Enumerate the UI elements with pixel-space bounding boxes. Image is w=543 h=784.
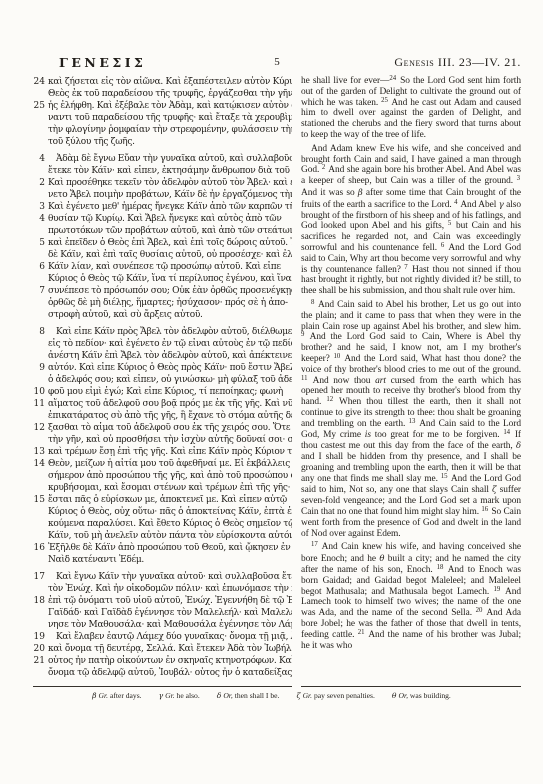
verse-number — [33, 124, 48, 136]
footnote-text: then shall I be. — [235, 691, 280, 700]
verse-number — [33, 470, 48, 482]
greek-line: ναντι τοῦ παραδείσου τῆς τρυφῆς· καὶ ἔτα… — [33, 112, 292, 124]
greek-line: νησε τὸν Μαθουσάλα· καὶ Μαθουσάλα ἐγέννη… — [33, 619, 292, 631]
greek-line: τὸν Ἐνώχ. Καὶ ἦν οἰκοδομῶν πόλιν· καὶ ἐπ… — [33, 583, 292, 595]
verse-number: 10 — [33, 386, 48, 398]
greek-line-text: Θεὸν, μείζων ἡ αἰτία μου τοῦ ἀφεθῆναί με… — [48, 458, 292, 470]
verse-number — [33, 350, 48, 362]
footnote-item: γGr. he also. — [159, 691, 200, 700]
greek-line-text: Καὶ εἶπε Κάϊν πρὸς Ἄβελ τὸν ἀδελφὸν αὐτο… — [48, 326, 292, 338]
greek-line-text: Ἐξῆλθε δὲ Κάϊν ἀπὸ προσώπου τοῦ Θεοῦ, κα… — [48, 542, 292, 554]
verse-number — [33, 434, 48, 446]
footnote-marker: β — [358, 187, 363, 197]
greek-line-text: κρυβήσομαι, καὶ ἔσομαι στένων καὶ τρέμων… — [48, 482, 292, 494]
page-number: 5 — [274, 56, 280, 68]
verse-number-superscript: 15 — [441, 473, 449, 480]
greek-line: 15 ἔσται πᾶς ὁ εὑρίσκων με, ἀποκτενεῖ με… — [33, 494, 292, 506]
greek-line: ἐπικατάρατος σὺ ἀπὸ τῆς γῆς, ἣ ἔχανε τὸ … — [33, 410, 292, 422]
greek-line: 4 Ἀδὰμ δὲ ἔγνω Εὔαν τὴν γυναῖκα αὐτοῦ, κ… — [33, 153, 292, 165]
verse-number-superscript: 7 — [404, 264, 408, 271]
verse-number: 20 — [33, 643, 48, 655]
greek-line: δὲ Κάϊν, καὶ ἐπὶ ταῖς θυσίαις αὐτοῦ, οὐ … — [33, 249, 292, 261]
verse-number — [33, 482, 48, 494]
verse-number — [33, 112, 48, 124]
english-column: he shall live for ever—24 So the Lord Go… — [301, 76, 521, 679]
greek-line: εἰς τὸ πεδίον· καὶ ἐγένετο ἐν τῷ εἶναι α… — [33, 338, 292, 350]
footnote-rule-right — [301, 686, 521, 687]
footnote-item: δOr, then shall I be. — [217, 691, 280, 700]
running-head-greek: ΓΕΝΕΣΙΣ — [59, 55, 146, 70]
greek-line-text: Καὶ ἐγένετο μεθ' ἡμέρας ἤνεγκε Κάϊν ἀπὸ … — [48, 201, 292, 213]
greek-line-text: Θεὸς ἐκ τοῦ παραδείσου τῆς τρυφῆς, ἐργάζ… — [48, 88, 292, 100]
footnote-symbol: ζ — [296, 691, 300, 700]
footnote-marker: ζ — [492, 484, 497, 494]
greek-line: 11 αἵματος τοῦ ἀδελφοῦ σου βοᾷ πρός με ἐ… — [33, 398, 292, 410]
verse-number — [33, 619, 48, 631]
verse-number — [33, 273, 48, 285]
verse-number-superscript: 9 — [301, 331, 305, 338]
greek-line-text: Κάϊν λίαν, καὶ συνέπεσε τῷ προσώπῳ αὐτοῦ… — [48, 261, 292, 273]
verse-number: 4 — [33, 153, 48, 165]
verse-number-superscript: 5 — [448, 220, 452, 227]
footnote-symbol: β — [92, 691, 96, 700]
greek-line-text: δὲ Κάϊν, καὶ ἐπὶ ταῖς θυσίαις αὐτοῦ, οὐ … — [48, 249, 292, 261]
greek-line: ἀνέστη Κάϊν ἐπὶ Ἄβελ τὸν ἀδελφὸν αὐτοῦ, … — [33, 350, 292, 362]
verse-number — [33, 88, 48, 100]
book-page: ΓΕΝΕΣΙΣ 5 Genesis III. 23—IV. 21. 24 καὶ… — [0, 0, 543, 784]
greek-line-text: ἀνέστη Κάϊν ἐπὶ Ἄβελ τὸν ἀδελφὸν αὐτοῦ, … — [48, 350, 292, 362]
verse-number-superscript: 25 — [381, 97, 389, 104]
greek-line: 2 Καὶ προσέθηκε τεκεῖν τὸν ἀδελφὸν αὐτοῦ… — [33, 177, 292, 189]
footnote-source: Gr. — [165, 691, 175, 700]
greek-line: 18 ἐπὶ τῷ ὀνόματι τοῦ υἱοῦ αὐτοῦ, Ἐνώχ. … — [33, 595, 292, 607]
verse-number-superscript: 14 — [503, 429, 511, 436]
verse-number-superscript: 2 — [322, 164, 326, 171]
greek-line-text: τὸν Ἐνώχ. Καὶ ἦν οἰκοδομῶν πόλιν· καὶ ἐπ… — [48, 583, 292, 595]
greek-line: ὀρθῶς δὲ μὴ διέλῃς, ἥμαρτες; ἡσύχασον· π… — [33, 297, 292, 309]
verse-number — [33, 410, 48, 422]
greek-line-text: τὴν φλογίνην ῥομφαίαν τὴν στρεφομένην, φ… — [48, 124, 292, 136]
footnote-source: Or, — [399, 691, 409, 700]
verse-number: 19 — [33, 631, 48, 643]
footnote-source: Gr. — [303, 691, 313, 700]
greek-column: 24 καὶ ζήσεται εἰς τὸν αἰῶνα. Καὶ ἐξαπέσ… — [33, 76, 292, 679]
verse-number: 17 — [33, 571, 48, 583]
verse-number-superscript: 24 — [389, 75, 397, 82]
greek-line-text: ναντι τοῦ παραδείσου τῆς τρυφῆς· καὶ ἔτα… — [48, 112, 292, 124]
greek-line: Ναὶδ κατέναντι Ἐδέμ. — [33, 554, 292, 566]
verse-number — [33, 607, 48, 619]
greek-line-text: ὀρθῶς δὲ μὴ διέλῃς, ἥμαρτες; ἡσύχασον· π… — [48, 297, 292, 309]
verse-number: 12 — [33, 422, 48, 434]
verse-number-superscript: 20 — [476, 607, 484, 614]
greek-line: Γαϊδάδ· καὶ Γαϊδὰδ ἐγέννησε τὸν Μαλελεήλ… — [33, 607, 292, 619]
greek-line-text: Ναὶδ κατέναντι Ἐδέμ. — [48, 554, 292, 566]
footnote-text: was building. — [410, 691, 451, 700]
greek-line: 6 Κάϊν λίαν, καὶ συνέπεσε τῷ προσώπῳ αὐτ… — [33, 261, 292, 273]
footnote-marker: δ — [516, 440, 521, 450]
verse-number — [33, 530, 48, 542]
verse-number — [33, 374, 48, 386]
verse-number: 4 — [33, 213, 48, 225]
greek-line: 9 αὐτόν. Καὶ εἶπε Κύριος ὁ Θεὸς πρὸς Κάϊ… — [33, 362, 292, 374]
verse-number — [33, 297, 48, 309]
verse-number: 3 — [33, 201, 48, 213]
greek-line-text: θυσίαν τῷ Κυρίῳ. Καὶ Ἄβελ ἤνεγκε καὶ αὐτ… — [48, 213, 292, 225]
footnote-rule-left — [33, 686, 292, 687]
greek-line-text: καὶ ὄνομα τῇ δευτέρᾳ, Σελλά. Καὶ ἔτεκεν … — [48, 643, 292, 655]
verse-number: 8 — [33, 326, 48, 338]
verse-number: 16 — [33, 542, 48, 554]
greek-line: 24 καὶ ζήσεται εἰς τὸν αἰῶνα. Καὶ ἐξαπέσ… — [33, 76, 292, 88]
english-paragraph: 8 And Cain said to Abel his brother, Let… — [301, 300, 521, 540]
verse-number-superscript: 21 — [358, 629, 366, 636]
verse-number-superscript: 4 — [454, 199, 458, 206]
greek-line: 7 συνέπεσε τὸ πρόσωπόν σου; Οὐκ ἐὰν ὀρθῶ… — [33, 285, 292, 297]
verse-number — [33, 309, 48, 321]
verse-number: 18 — [33, 595, 48, 607]
greek-line-text: νετο Ἄβελ ποιμὴν προβάτων, Κάϊν δὲ ἦν ἐρ… — [48, 189, 292, 201]
verse-number — [33, 165, 48, 177]
greek-line-text: ἧς ἐλήφθη. Καὶ ἐξέβαλε τὸν Ἀδὰμ, καὶ κατ… — [48, 100, 292, 112]
verse-number — [33, 338, 48, 350]
verse-number: 5 — [33, 237, 48, 249]
english-paragraph: And Adam knew Eve his wife, and she conc… — [301, 144, 521, 297]
greek-line-text: τὴν γῆν, καὶ οὐ προσθήσει τὴν ἰσχὺν αὐτῆ… — [48, 434, 292, 446]
footnote-item: βGr. after days. — [92, 691, 141, 700]
greek-line-text: ἔτεκε τὸν Κάϊν· καὶ εἶπεν, ἐκτησάμην ἄνθ… — [48, 165, 292, 177]
greek-line: 16 Ἐξῆλθε δὲ Κάϊν ἀπὸ προσώπου τοῦ Θεοῦ,… — [33, 542, 292, 554]
verse-number: 13 — [33, 446, 48, 458]
greek-line-text: στροφὴ αὐτοῦ, καὶ σὺ ἄρξεις αὐτοῦ. — [48, 309, 292, 321]
footnote-marker: θ — [379, 553, 384, 563]
greek-line: ὁ ἀδελφός σου; καὶ εἶπεν, οὐ γινώσκω· μὴ… — [33, 374, 292, 386]
footnote-source: Gr. — [99, 691, 109, 700]
greek-line-text: πρωτοτόκων τῶν προβάτων αὐτοῦ, καὶ ἀπὸ τ… — [48, 225, 292, 237]
greek-line-text: ἐπὶ τῷ ὀνόματι τοῦ υἱοῦ αὐτοῦ, Ἐνώχ. Ἐγε… — [48, 595, 292, 607]
verse-number — [33, 249, 48, 261]
greek-line-text: νησε τὸν Μαθουσάλα· καὶ Μαθουσάλα ἐγέννη… — [48, 619, 292, 631]
greek-line-text: σήμερον ἀπὸ προσώπου τῆς γῆς, καὶ ἀπὸ το… — [48, 470, 292, 482]
verse-number-superscript: 19 — [493, 586, 501, 593]
verse-number-superscript: 12 — [326, 396, 334, 403]
greek-line-text: Ἀδὰμ δὲ ἔγνω Εὔαν τὴν γυναῖκα αὐτοῦ, καὶ… — [48, 153, 292, 165]
greek-line: τὴν φλογίνην ῥομφαίαν τὴν στρεφομένην, φ… — [33, 124, 292, 136]
greek-line-text: οὗτος ἦν πατὴρ οἰκούντων ἐν σκηναῖς κτην… — [48, 655, 292, 667]
greek-line: Κύριος ὁ Θεὸς τῷ Κάϊν, ἵνα τί περίλυπος … — [33, 273, 292, 285]
greek-line-text: καὶ ζήσεται εἰς τὸν αἰῶνα. Καὶ ἐξαπέστει… — [48, 76, 292, 88]
greek-line: 14 Θεὸν, μείζων ἡ αἰτία μου τοῦ ἀφεθῆναί… — [33, 458, 292, 470]
greek-line-text: συνέπεσε τὸ πρόσωπόν σου; Οὐκ ἐὰν ὀρθῶς … — [48, 285, 292, 297]
greek-line: 10 φοῦ μου εἰμὶ ἐγώ; Καὶ εἶπε Κύριος, τί… — [33, 386, 292, 398]
greek-line-text: Καὶ ἔγνω Κάϊν τὴν γυναῖκα αὐτοῦ· καὶ συλ… — [48, 571, 292, 583]
greek-line-text: Καὶ προσέθηκε τεκεῖν τὸν ἀδελφὸν αὐτοῦ τ… — [48, 177, 292, 189]
verse-number — [33, 225, 48, 237]
greek-line-text: Γαϊδάδ· καὶ Γαϊδὰδ ἐγέννησε τὸν Μαλελεήλ… — [48, 607, 292, 619]
greek-line: 25 ἧς ἐλήφθη. Καὶ ἐξέβαλε τὸν Ἀδὰμ, καὶ … — [33, 100, 292, 112]
greek-line: 4 θυσίαν τῷ Κυρίῳ. Καὶ Ἄβελ ἤνεγκε καὶ α… — [33, 213, 292, 225]
verse-number: 2 — [33, 177, 48, 189]
greek-line: κούμενα παραλύσει. Καὶ ἔθετο Κύριος ὁ Θε… — [33, 518, 292, 530]
verse-number-superscript: 18 — [437, 564, 445, 571]
footnote-symbol: θ — [392, 691, 397, 700]
greek-line-text: ὁ ἀδελφός σου; καὶ εἶπεν, οὐ γινώσκω· μὴ… — [48, 374, 292, 386]
verse-number-superscript: 13 — [409, 418, 417, 425]
english-paragraph: he shall live for ever—24 So the Lord Go… — [301, 76, 521, 141]
page-header: ΓΕΝΕΣΙΣ 5 Genesis III. 23—IV. 21. — [33, 55, 521, 71]
footnote-symbol: δ — [217, 691, 222, 700]
greek-line: πρωτοτόκων τῶν προβάτων αὐτοῦ, καὶ ἀπὸ τ… — [33, 225, 292, 237]
greek-line-text: Κύριος ὁ Θεὸς, οὐχ οὕτω· πᾶς ὁ ἀποκτείνα… — [48, 506, 292, 518]
greek-line: στροφὴ αὐτοῦ, καὶ σὺ ἄρξεις αὐτοῦ. — [33, 309, 292, 321]
greek-line: νετο Ἄβελ ποιμὴν προβάτων, Κάϊν δὲ ἦν ἐρ… — [33, 189, 292, 201]
greek-line: 8 Καὶ εἶπε Κάϊν πρὸς Ἄβελ τὸν ἀδελφὸν αὐ… — [33, 326, 292, 338]
greek-line-text: φοῦ μου εἰμὶ ἐγώ; Καὶ εἶπε Κύριος, τί πε… — [48, 386, 292, 398]
greek-line-text: αἵματος τοῦ ἀδελφοῦ σου βοᾷ πρός με ἐκ τ… — [48, 398, 292, 410]
greek-line-text: ξασθαι τὸ αἷμα τοῦ ἀδελφοῦ σου ἐκ τῆς χε… — [48, 422, 292, 434]
verse-number — [33, 189, 48, 201]
verse-number: 7 — [33, 285, 48, 297]
greek-line: 5 καὶ ἐπεῖδεν ὁ Θεὸς ἐπὶ Ἄβελ, καὶ ἐπὶ τ… — [33, 237, 292, 249]
greek-line: 19 Καὶ ἔλαβεν ἑαυτῷ Λάμεχ δύο γυναῖκας· … — [33, 631, 292, 643]
verse-number: 11 — [33, 398, 48, 410]
english-paragraph: 17 And Cain knew his wife, and having co… — [301, 542, 521, 651]
greek-line-text: εἰς τὸ πεδίον· καὶ ἐγένετο ἐν τῷ εἶναι α… — [48, 338, 292, 350]
greek-line-text: καὶ τρέμων ἔσῃ ἐπὶ τῆς γῆς. Καὶ εἶπε Κάϊ… — [48, 446, 292, 458]
greek-line: 20 καὶ ὄνομα τῇ δευτέρᾳ, Σελλά. Καὶ ἔτεκ… — [33, 643, 292, 655]
verse-number: 14 — [33, 458, 48, 470]
greek-line: 13 καὶ τρέμων ἔσῃ ἐπὶ τῆς γῆς. Καὶ εἶπε … — [33, 446, 292, 458]
greek-line-text: Καὶ ἔλαβεν ἑαυτῷ Λάμεχ δύο γυναῖκας· ὄνο… — [48, 631, 292, 643]
verse-number-superscript: 6 — [441, 242, 445, 249]
footnote-source: Or, — [223, 691, 233, 700]
footnote-item: ζGr. pay seven penalties. — [296, 691, 374, 700]
greek-line: σήμερον ἀπὸ προσώπου τῆς γῆς, καὶ ἀπὸ το… — [33, 470, 292, 482]
verse-number — [33, 506, 48, 518]
verse-number — [33, 554, 48, 566]
greek-line-text: Κύριος ὁ Θεὸς τῷ Κάϊν, ἵνα τί περίλυπος … — [48, 273, 292, 285]
greek-line: τοῦ ξύλου τῆς ζωῆς. — [33, 136, 292, 148]
footnotes-row: βGr. after days.γGr. he also.δOr, then s… — [0, 691, 543, 700]
greek-line: κρυβήσομαι, καὶ ἔσομαι στένων καὶ τρέμων… — [33, 482, 292, 494]
verse-number: 9 — [33, 362, 48, 374]
verse-number-superscript: 16 — [481, 506, 489, 513]
greek-line: ἔτεκε τὸν Κάϊν· καὶ εἶπεν, ἐκτησάμην ἄνθ… — [33, 165, 292, 177]
verse-number: 6 — [33, 261, 48, 273]
verse-number-superscript: 8 — [311, 299, 315, 306]
greek-line-text: ἔσται πᾶς ὁ εὑρίσκων με, ἀποκτενεῖ με. Κ… — [48, 494, 292, 506]
greek-line: 12 ξασθαι τὸ αἷμα τοῦ ἀδελφοῦ σου ἐκ τῆς… — [33, 422, 292, 434]
verse-number-superscript: 10 — [333, 353, 341, 360]
verse-number — [33, 667, 48, 679]
footnote-text: he also. — [177, 691, 200, 700]
footnote-text: pay seven penalties. — [314, 691, 375, 700]
greek-line-text: αὐτόν. Καὶ εἶπε Κύριος ὁ Θεὸς πρὸς Κάϊν·… — [48, 362, 292, 374]
greek-line: 3 Καὶ ἐγένετο μεθ' ἡμέρας ἤνεγκε Κάϊν ἀπ… — [33, 201, 292, 213]
greek-line: ὄνομα τῷ ἀδελφῷ αὐτοῦ, Ἰουβάλ· οὗτος ἦν … — [33, 667, 292, 679]
verse-number-superscript: 3 — [517, 175, 521, 182]
greek-line-text: ἐπικατάρατος σὺ ἀπὸ τῆς γῆς, ἣ ἔχανε τὸ … — [48, 410, 292, 422]
verse-number: 25 — [33, 100, 48, 112]
verse-number — [33, 583, 48, 595]
running-head-english: Genesis III. 23—IV. 21. — [394, 55, 521, 70]
greek-line-text: κούμενα παραλύσει. Καὶ ἔθετο Κύριος ὁ Θε… — [48, 518, 292, 530]
greek-line-text: Κάϊν, τοῦ μὴ ἀνελεῖν αὐτὸν πάντα τὸν εὑρ… — [48, 530, 292, 542]
greek-line: Κάϊν, τοῦ μὴ ἀνελεῖν αὐτὸν πάντα τὸν εὑρ… — [33, 530, 292, 542]
greek-line-text: τοῦ ξύλου τῆς ζωῆς. — [48, 136, 292, 148]
text-columns: 24 καὶ ζήσεται εἰς τὸν αἰῶνα. Καὶ ἐξαπέσ… — [33, 76, 521, 679]
greek-line: τὴν γῆν, καὶ οὐ προσθήσει τὴν ἰσχὺν αὐτῆ… — [33, 434, 292, 446]
greek-line: Κύριος ὁ Θεὸς, οὐχ οὕτω· πᾶς ὁ ἀποκτείνα… — [33, 506, 292, 518]
verse-number-superscript: 17 — [311, 541, 319, 548]
greek-line-text: καὶ ἐπεῖδεν ὁ Θεὸς ἐπὶ Ἄβελ, καὶ ἐπὶ τοῖ… — [48, 237, 292, 249]
greek-line-text: ὄνομα τῷ ἀδελφῷ αὐτοῦ, Ἰουβάλ· οὗτος ἦν … — [48, 667, 292, 679]
italic-word: art — [375, 376, 386, 386]
footnote-text: after days. — [110, 691, 142, 700]
verse-number: 21 — [33, 655, 48, 667]
footnote-symbol: γ — [159, 691, 164, 700]
greek-line: 21 οὗτος ἦν πατὴρ οἰκούντων ἐν σκηναῖς κ… — [33, 655, 292, 667]
footnote-marker: γ — [499, 199, 504, 209]
footnote-item: θOr, was building. — [392, 691, 451, 700]
verse-number: 15 — [33, 494, 48, 506]
verse-number — [33, 136, 48, 148]
italic-word: is — [365, 430, 371, 440]
verse-number-superscript: 11 — [301, 375, 308, 382]
verse-number — [33, 518, 48, 530]
verse-number: 24 — [33, 76, 48, 88]
greek-line: 17 Καὶ ἔγνω Κάϊν τὴν γυναῖκα αὐτοῦ· καὶ … — [33, 571, 292, 583]
greek-line: Θεὸς ἐκ τοῦ παραδείσου τῆς τρυφῆς, ἐργάζ… — [33, 88, 292, 100]
